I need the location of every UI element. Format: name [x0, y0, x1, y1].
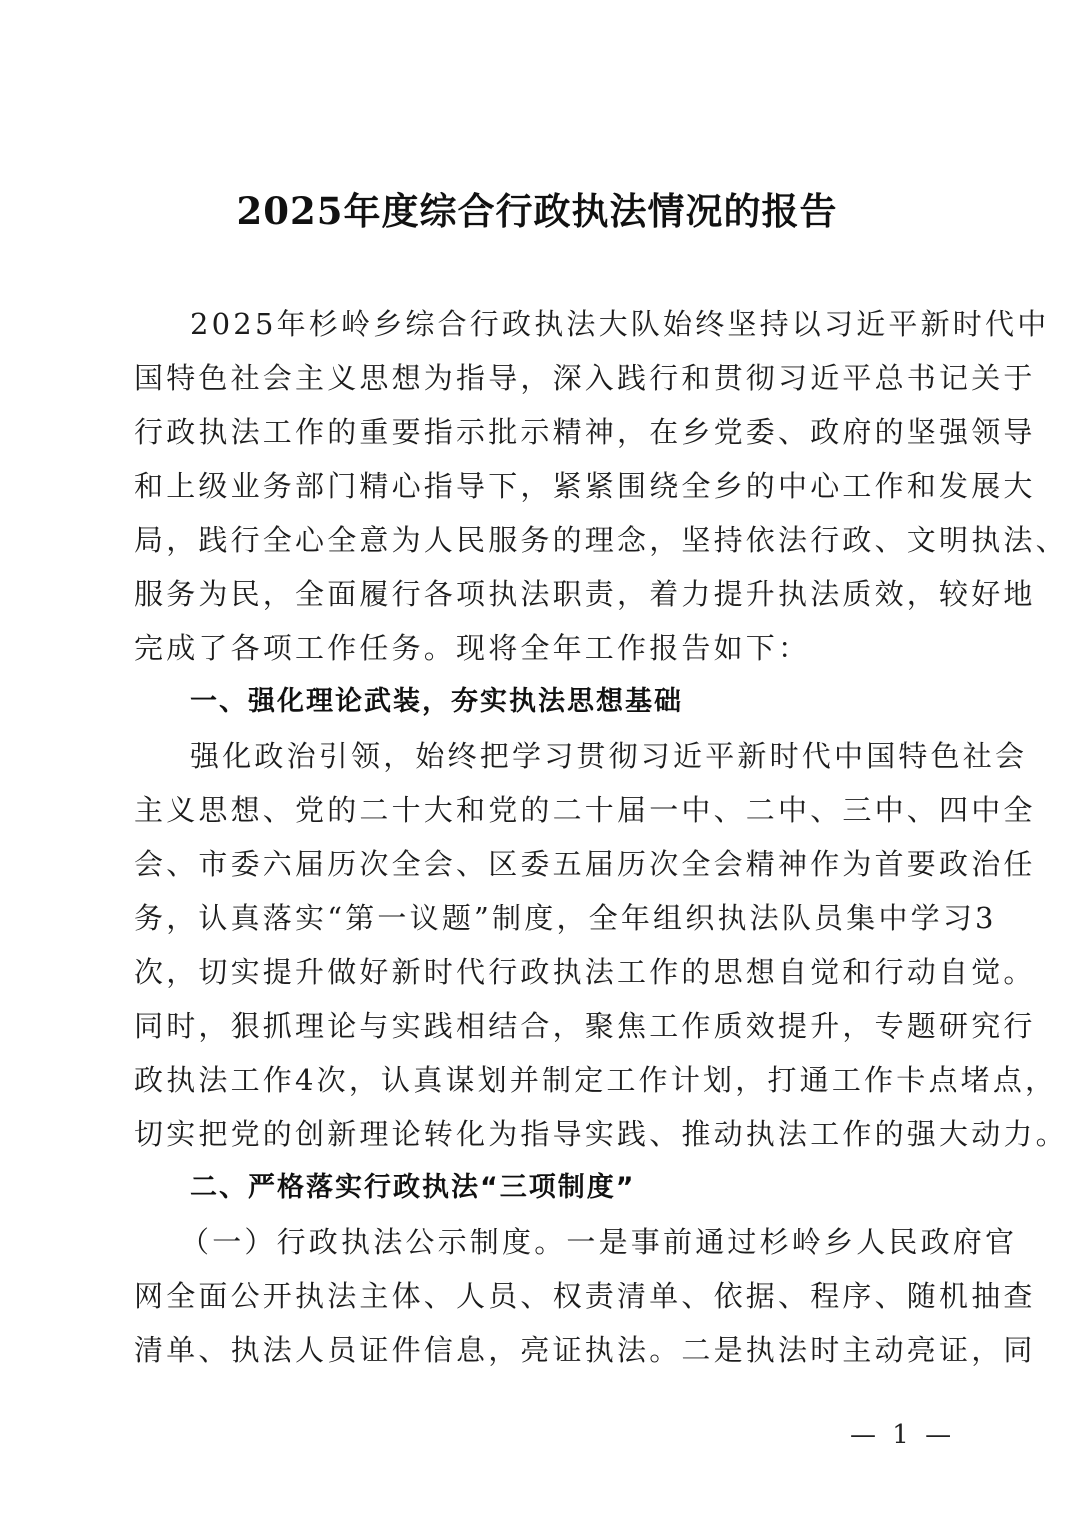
intro-line: 2025年杉岭乡综合行政执法大队始终坚持以习近平新时代中: [134, 304, 944, 344]
section-2-line: （一）行政执法公示制度。一是事前通过杉岭乡人民政府官: [180, 1222, 944, 1262]
section-1-line: 强化政治引领，始终把学习贯彻习近平新时代中国特色社会: [134, 736, 944, 776]
intro-line: 和上级业务部门精心指导下，紧紧围绕全乡的中心工作和发展大: [134, 466, 944, 506]
page-number: — 1 —: [850, 1418, 955, 1452]
section-1-line: 主义思想、党的二十大和党的二十届一中、二中、三中、四中全: [134, 790, 944, 830]
section-1-line: 会、市委六届历次全会、区委五届历次全会精神作为首要政治任: [134, 844, 944, 884]
section-1-line: 次，切实提升做好新时代行政执法工作的思想自觉和行动自觉。: [134, 952, 944, 992]
section-1-line: 务，认真落实“第一议题”制度，全年组织执法队员集中学习3: [134, 898, 944, 938]
section-1-line: 切实把党的创新理论转化为指导实践、推动执法工作的强大动力。: [134, 1114, 944, 1154]
intro-line: 局，践行全心全意为人民服务的理念，坚持依法行政、文明执法、: [134, 520, 944, 560]
section-1-line: 同时，狠抓理论与实践相结合，聚焦工作质效提升，专题研究行: [134, 1006, 944, 1046]
section-heading-2: 二、严格落实行政执法“三项制度”: [190, 1168, 636, 1208]
section-heading-1: 一、强化理论武装，夯实执法思想基础: [190, 682, 683, 722]
intro-line: 行政执法工作的重要指示批示精神，在乡党委、政府的坚强领导: [134, 412, 944, 452]
intro-line: 完成了各项工作任务。现将全年工作报告如下：: [134, 628, 944, 668]
section-2-line: 网全面公开执法主体、人员、权责清单、依据、程序、随机抽查: [134, 1276, 944, 1316]
document-page: 2025年度综合行政执法情况的报告 2025年杉岭乡综合行政执法大队始终坚持以习…: [0, 0, 1074, 1520]
intro-line: 国特色社会主义思想为指导，深入践行和贯彻习近平总书记关于: [134, 358, 944, 398]
document-title: 2025年度综合行政执法情况的报告: [0, 186, 1074, 236]
intro-line: 服务为民，全面履行各项执法职责，着力提升执法质效，较好地: [134, 574, 944, 614]
section-2-line: 清单、执法人员证件信息，亮证执法。二是执法时主动亮证，同: [134, 1330, 944, 1370]
section-1-line: 政执法工作4次，认真谋划并制定工作计划，打通工作卡点堵点，: [134, 1060, 944, 1100]
